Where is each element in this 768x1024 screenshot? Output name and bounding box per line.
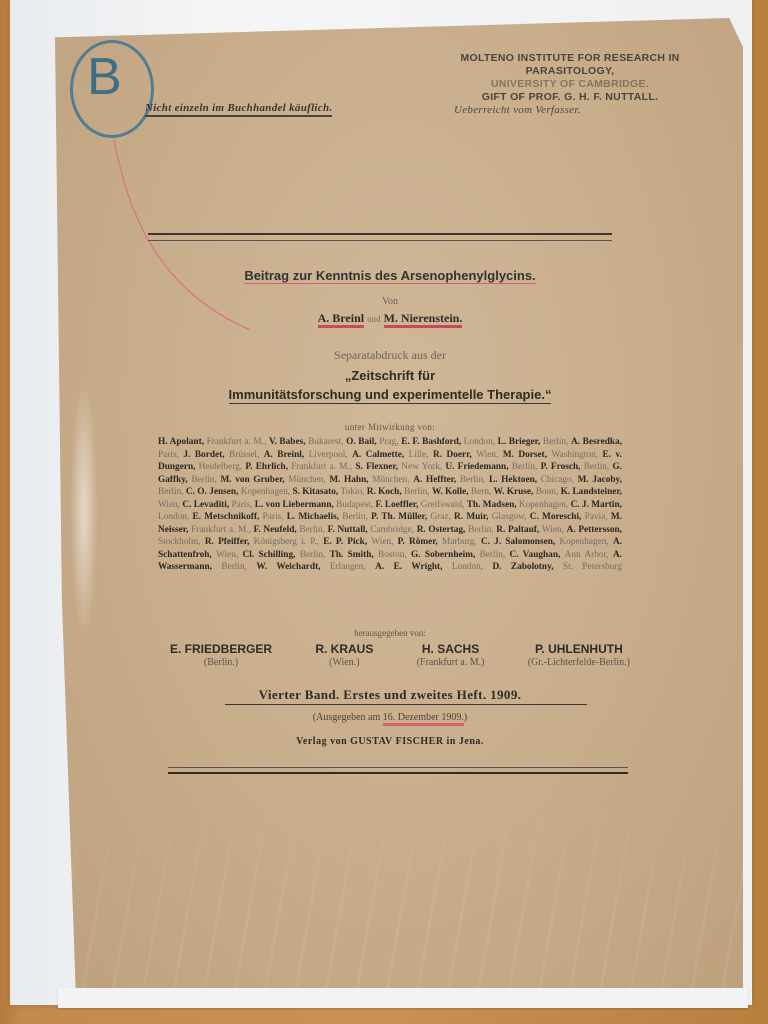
contributor-name: C. J. Martin, [571, 500, 622, 510]
contributor-name: M. Dorset, [503, 450, 552, 460]
journal-name-line1: „Zeitschrift für [150, 368, 630, 383]
contributor-name: A. Heffter, [413, 475, 460, 485]
contributor-name: P. Frosch, [541, 462, 584, 472]
contributor-city: Wien, [216, 550, 242, 560]
editors-row: E. FRIEDBERGER(Berlin.)R. KRAUS(Wien.)H.… [170, 642, 630, 668]
contributor-city: Ann Arbor, [565, 550, 613, 560]
contributor-city: Bukarest, [308, 437, 346, 447]
not-for-sale-notice: Nicht einzeln im Buchhandel käuflich. [145, 102, 332, 117]
issue-date-line: (Ausgegeben am 16. Dezember 1909.) [150, 712, 630, 723]
contributor-city: London, [464, 437, 498, 447]
contributor-city: Stockholm, [158, 537, 205, 547]
top-rule-thick [148, 233, 612, 235]
and-label: und [367, 314, 381, 324]
contributor-name: K. Landsteiner, [561, 487, 622, 497]
contributor-city: Wien, [158, 500, 182, 510]
contributors-list: H. Apolant, Frankfurt a. M., V. Babes, B… [158, 436, 622, 574]
contributor-name: A. Calmette, [352, 450, 408, 460]
editor-name: E. FRIEDBERGER [170, 642, 272, 656]
contributor-name: W. Weichardt, [256, 562, 330, 572]
contributor-city: Cambridge, [370, 525, 416, 535]
presented-by-author: Ueberreicht vom Verfasser. [420, 104, 720, 117]
contributor-name: F. Loeffler, [375, 500, 420, 510]
contributor-city: St. Petersburg [563, 562, 622, 572]
sleeve-bottom-edge [58, 988, 748, 1008]
contributor-city: Bonn, [536, 487, 561, 497]
contributor-city: Königsberg i. P., [254, 537, 324, 547]
journal-name-line2: Immunitätsforschung und experimentelle T… [150, 387, 630, 402]
by-label: Von [150, 296, 630, 307]
library-stamp: MOLTENO INSTITUTE FOR RESEARCH IN PARASI… [420, 52, 720, 117]
contributor-name: U. Friedemann, [445, 462, 511, 472]
contributor-city: Graz, [430, 512, 454, 522]
editor-name: R. KRAUS [315, 642, 373, 656]
editor-city: (Berlin.) [170, 657, 272, 668]
publisher-line: Verlag von GUSTAV FISCHER in Jena. [150, 736, 630, 747]
contributor-city: Berlin, [191, 475, 220, 485]
contributor-city: Glasgow, [492, 512, 530, 522]
contributor-city: Paris, [263, 512, 287, 522]
contributor-name: E. P. Pick, [323, 537, 371, 547]
sleeve-glare [70, 380, 98, 640]
contributor-city: Chicago, [541, 475, 578, 485]
contributor-name: A. E. Wright, [375, 562, 452, 572]
contributor-city: Berlin, [460, 475, 489, 485]
editor-city: (Wien.) [315, 657, 373, 668]
contributor-city: Paris, [158, 450, 183, 460]
issue-date: 16. Dezember 1909. [383, 712, 464, 726]
contributor-name: L. Michaelis, [287, 512, 343, 522]
authors: A. Breinl und M. Nierenstein. [150, 311, 630, 326]
contributor-city: Liverpool, [309, 450, 352, 460]
contributor-name: C. Vaughan, [510, 550, 565, 560]
contributor-name: S. Flexner, [355, 462, 401, 472]
circled-letter: B [87, 47, 122, 107]
contributor-city: Berlin, [342, 512, 371, 522]
contributor-name: R. Ostertag, [417, 525, 468, 535]
red-pencil-mark [100, 130, 280, 340]
top-rule-thin [148, 240, 612, 241]
contributor-city: Erlangen, [330, 562, 375, 572]
contributor-city: Berlin, [543, 437, 571, 447]
contributor-city: Berlin, [300, 550, 330, 560]
contributor-name: O. Bail, [346, 437, 379, 447]
contributor-city: Berlin, [404, 487, 432, 497]
contributor-name: A. Besredka, [571, 437, 622, 447]
contributor-name: W. Kruse, [494, 487, 536, 497]
contributor-city: Berlin, [480, 550, 510, 560]
editor-city: (Gr.-Lichterfelde-Berlin.) [528, 657, 630, 668]
contributor-city: Pavia, [585, 512, 611, 522]
contributor-city: Brüssel, [229, 450, 264, 460]
contributor-name: R. Koch, [367, 487, 404, 497]
contributor-city: New York, [401, 462, 445, 472]
editor: E. FRIEDBERGER(Berlin.) [170, 642, 272, 668]
editor: R. KRAUS(Wien.) [315, 642, 373, 668]
contributor-name: J. Bordet, [183, 450, 229, 460]
contributor-city: Wien, [371, 537, 397, 547]
contributor-city: Bern, [471, 487, 494, 497]
contributor-name: Cl. Schilling, [243, 550, 300, 560]
contributor-city: Marburg, [442, 537, 481, 547]
contributor-city: Lille, [409, 450, 433, 460]
contributor-name: P. Ehrlich, [245, 462, 291, 472]
contributor-name: V. Babes, [269, 437, 308, 447]
contributor-city: Frankfurt a. M., [191, 525, 254, 535]
article-title: Beitrag zur Kenntnis des Arsenophenylgly… [150, 268, 630, 283]
contributor-city: Berlin, [299, 525, 327, 535]
editor-name: H. SACHS [417, 642, 485, 656]
contributor-city: Wien, [476, 450, 503, 460]
contributor-name: M. Hahn, [329, 475, 372, 485]
author-1: A. Breinl [318, 311, 364, 328]
contributor-city: Berlin, [584, 462, 613, 472]
editor: H. SACHS(Frankfurt a. M.) [417, 642, 485, 668]
contributor-name: G. Sobernheim, [411, 550, 480, 560]
contributor-city: Kopenhagen, [559, 537, 613, 547]
contributor-city: Berlin, [512, 462, 541, 472]
contributor-city: London, [452, 562, 493, 572]
contributor-name: W. Kolle, [432, 487, 471, 497]
contributor-city: München, [372, 475, 413, 485]
editor-name: P. UHLENHUTH [528, 642, 630, 656]
contributor-name: E. F. Bashford, [401, 437, 464, 447]
contributor-city: Wien, [542, 525, 567, 535]
contributor-city: Paris, [232, 500, 255, 510]
contributor-name: P. Römer, [398, 537, 442, 547]
contributor-city: Budapest, [336, 500, 375, 510]
contributor-name: E. Metschnikoff, [193, 512, 263, 522]
contributor-name: C. Levaditi, [182, 500, 231, 510]
contributor-city: Washington, [552, 450, 603, 460]
contributor-name: F. Nuttall, [328, 525, 371, 535]
collaboration-label: unter Mitwirkung von: [150, 422, 630, 432]
contributor-name: M. Jacoby, [578, 475, 622, 485]
contributor-city: Heidelberg, [199, 462, 246, 472]
contributor-city: Frankfurt a. M., [291, 462, 355, 472]
contributor-name: P. Th. Müller, [371, 512, 430, 522]
stamp-institute: MOLTENO INSTITUTE FOR RESEARCH IN PARASI… [420, 52, 720, 78]
edited-by-label: herausgegeben von: [150, 628, 630, 638]
circled-letter-annotation: B [70, 40, 154, 138]
contributor-city: Tokio, [341, 487, 367, 497]
contributor-name: R. Pfeiffer, [205, 537, 254, 547]
contributor-name: R. Doerr, [433, 450, 476, 460]
contributor-city: Greifswald, [421, 500, 467, 510]
contributor-name: C. O. Jensen, [186, 487, 241, 497]
contributor-city: Berlin, [468, 525, 496, 535]
contributor-city: Boston, [378, 550, 411, 560]
contributor-city: London, [158, 512, 193, 522]
contributor-name: L. Brieger, [498, 437, 543, 447]
contributor-name: A. Breinl, [264, 450, 309, 460]
contributor-city: Prag, [379, 437, 401, 447]
volume-rule [225, 704, 587, 705]
contributor-name: C. J. Salomonsen, [481, 537, 559, 547]
contributor-name: F. Neufeld, [254, 525, 300, 535]
author-2: M. Nierenstein. [384, 311, 463, 328]
contributor-name: A. Pettersson, [567, 525, 622, 535]
bottom-rule-thick [168, 772, 628, 774]
contributor-city: Berlin, [221, 562, 256, 572]
contributor-name: Th. Madsen, [467, 500, 519, 510]
editor-city: (Frankfurt a. M.) [417, 657, 485, 668]
contributor-name: H. Apolant, [158, 437, 207, 447]
contributor-name: R. Muir, [454, 512, 492, 522]
contributor-city: München, [288, 475, 329, 485]
offprint-label: Separatabdruck aus der [150, 348, 630, 363]
contributor-name: R. Paltauf, [496, 525, 542, 535]
contributor-name: D. Zabolotny, [492, 562, 562, 572]
contributor-name: Th. Smith, [330, 550, 378, 560]
contributor-city: Frankfurt a. M., [207, 437, 269, 447]
volume-line: Vierter Band. Erstes und zweites Heft. 1… [150, 687, 630, 703]
contributor-name: M. von Gruber, [220, 475, 288, 485]
contributor-name: S. Kitasato, [292, 487, 340, 497]
contributor-name: L. Hektoen, [489, 475, 541, 485]
contributor-name: C. Moreschi, [530, 512, 585, 522]
contributor-city: Kopenhagen, [519, 500, 571, 510]
contributor-city: Kopenhagen, [241, 487, 293, 497]
stamp-university: UNIVERSITY OF CAMBRIDGE. [420, 78, 720, 91]
editor: P. UHLENHUTH(Gr.-Lichterfelde-Berlin.) [528, 642, 630, 668]
contributor-city: Berlin, [158, 487, 186, 497]
bottom-rule-thin [168, 767, 628, 768]
contributor-name: L. von Liebermann, [255, 500, 336, 510]
stamp-gift: GIFT OF PROF. G. H. F. NUTTALL. [420, 91, 720, 104]
